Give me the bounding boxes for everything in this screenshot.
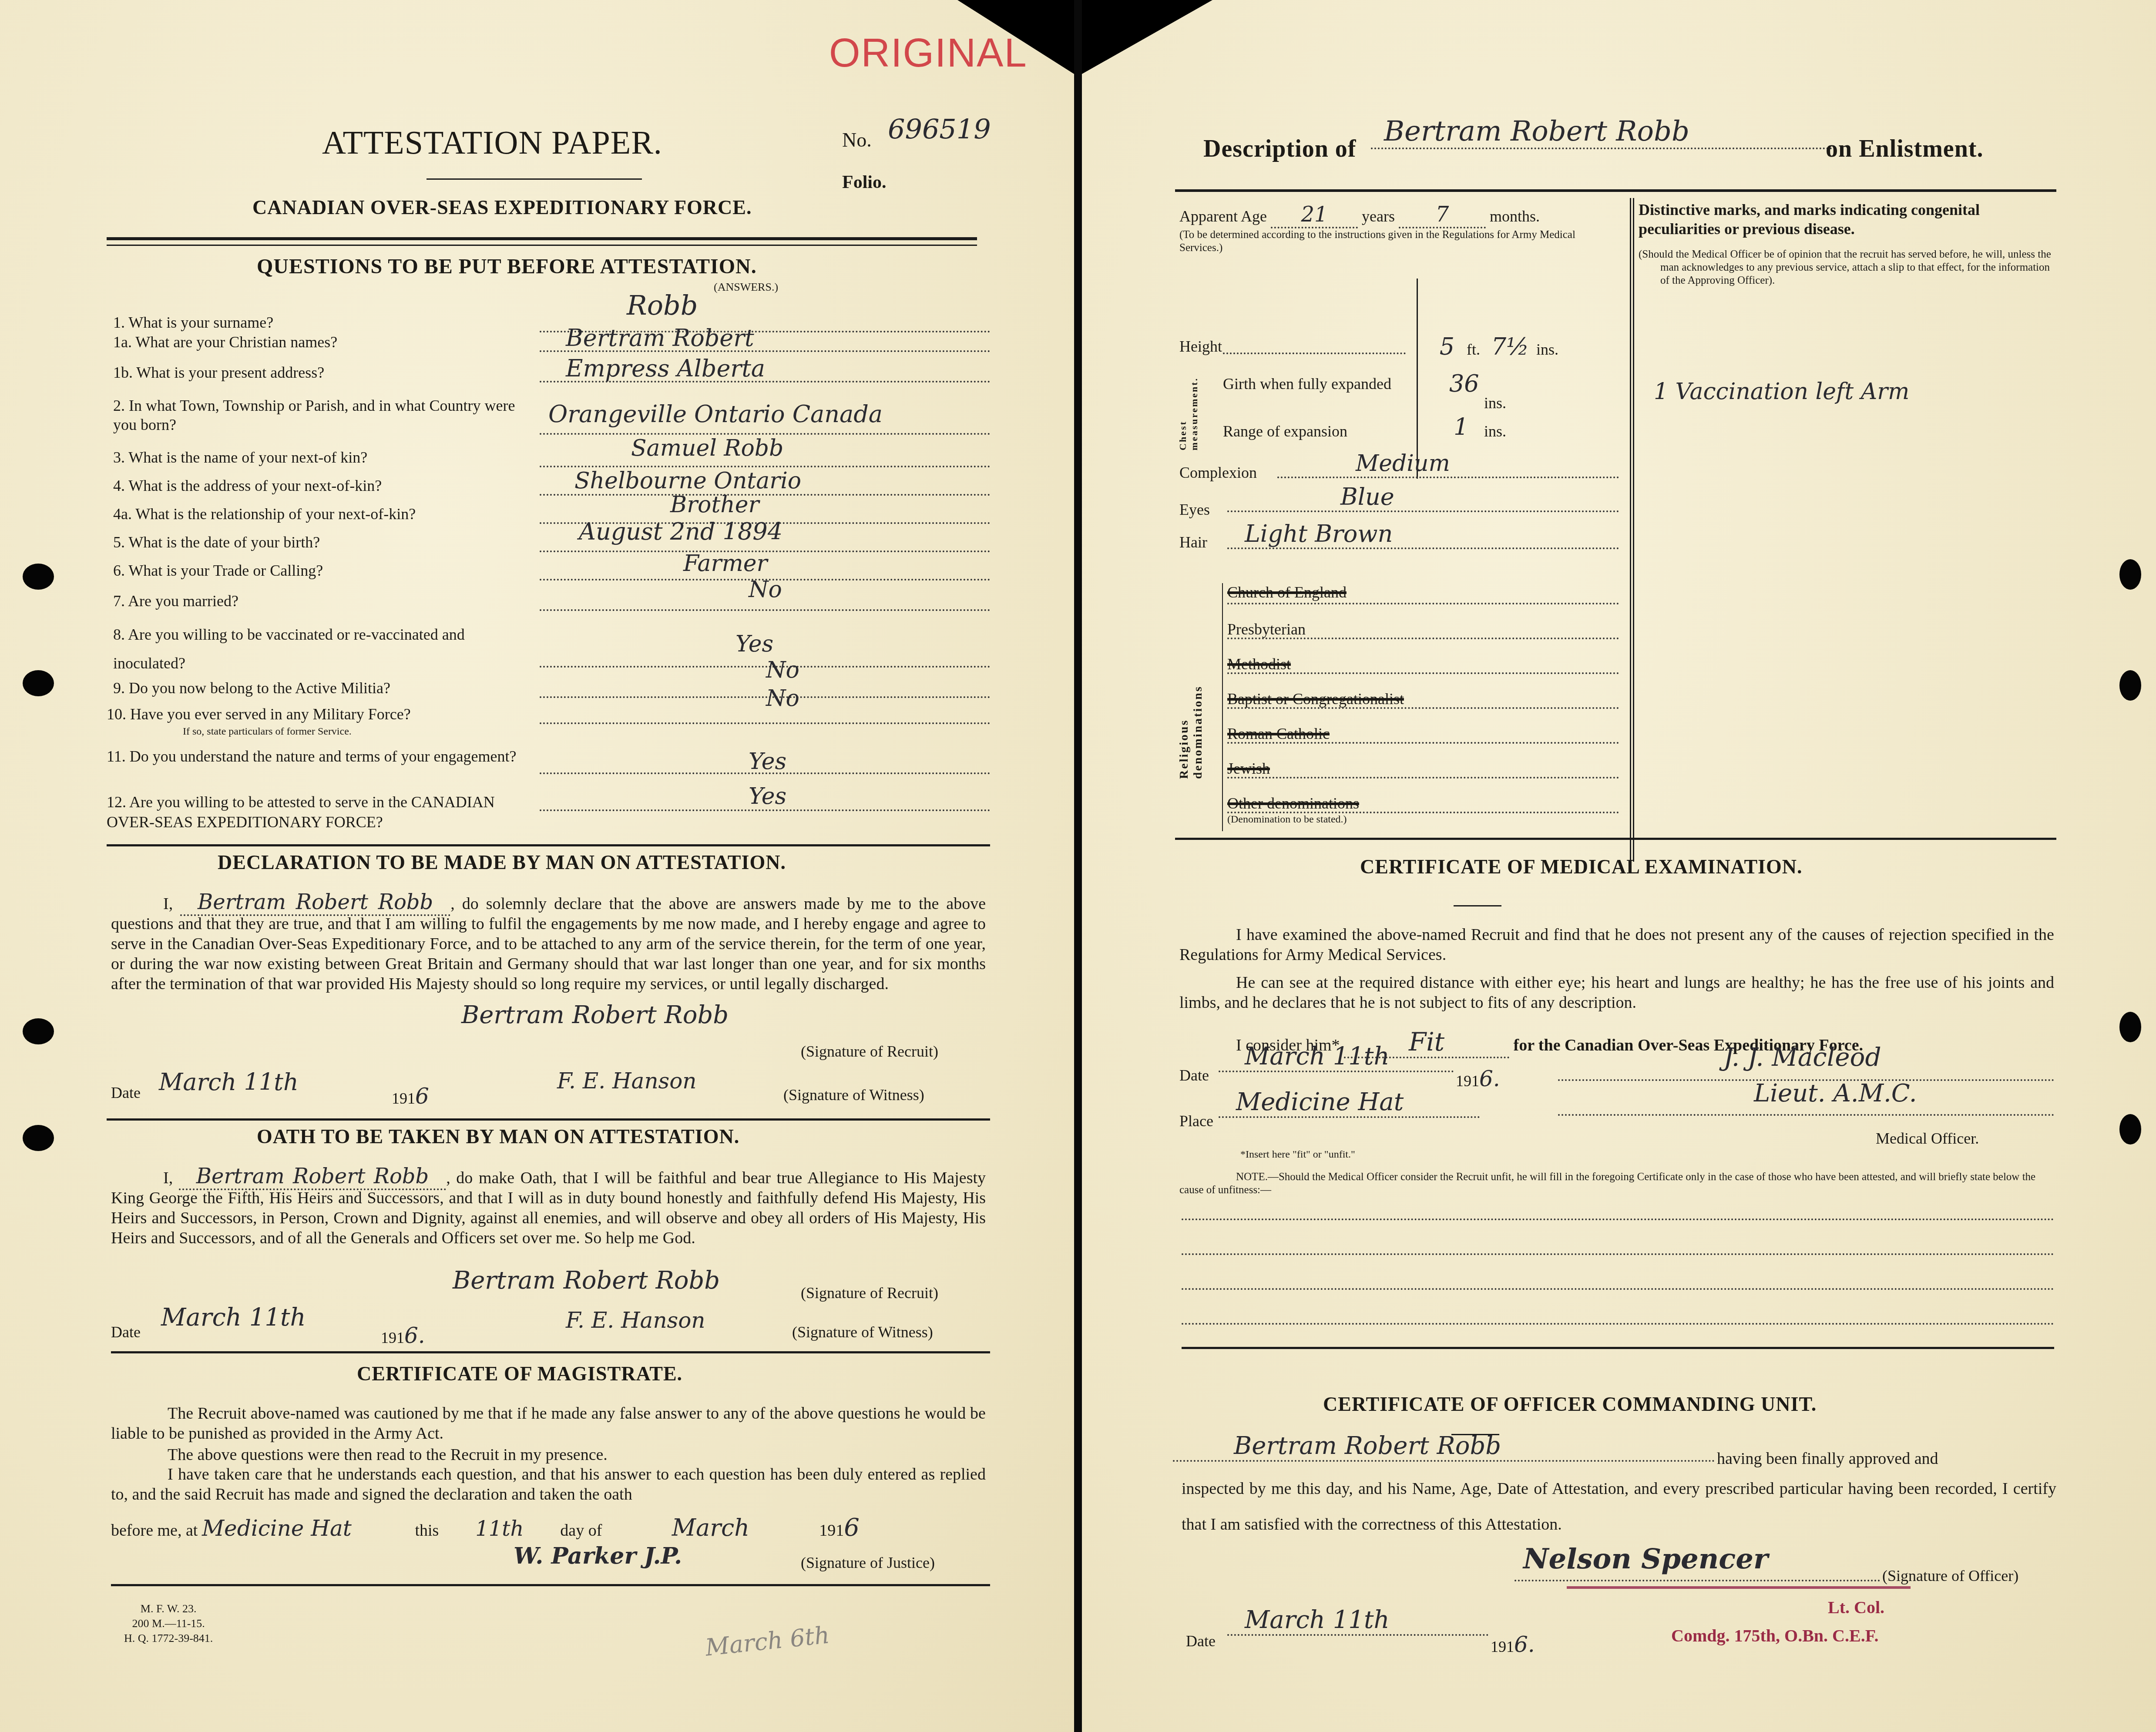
question-1b: 1b. What is your present address? [113, 363, 324, 382]
section-divider [111, 1351, 990, 1353]
ornament-rule [426, 178, 642, 180]
religion-roman-catholic[interactable]: Roman Catholic [1227, 725, 1330, 743]
answer-vaccinated[interactable]: Yes [735, 631, 773, 657]
range-ins-label: ins. [1484, 422, 1506, 440]
punch-hole-icon [23, 564, 54, 590]
force-subtitle: CANADIAN OVER-SEAS EXPEDITIONARY FORCE. [252, 196, 752, 219]
religion-other-note: (Denomination to be stated.) [1227, 814, 1347, 826]
medical-place[interactable]: Medicine Hat [1219, 1088, 1480, 1118]
answer-next-of-kin-name[interactable]: Samuel Robb [631, 435, 783, 461]
girth-label: Girth when fully expanded [1223, 374, 1406, 393]
height-label: Height [1179, 337, 1222, 356]
answer-relationship[interactable]: Brother [670, 492, 759, 518]
religion-line [1227, 603, 1619, 604]
punch-hole-icon [2119, 670, 2141, 701]
apparent-age-months[interactable]: 7 [1399, 202, 1486, 228]
answer-line [540, 381, 990, 383]
question-6: 6. What is your Trade or Calling? [113, 561, 323, 580]
religion-jewish[interactable]: Jewish [1227, 759, 1270, 778]
oath-year: 1916. [381, 1323, 425, 1348]
section-divider [1175, 838, 2056, 840]
answer-birth-date[interactable]: August 2nd 1894 [579, 518, 782, 545]
signature-line [1515, 1580, 1880, 1581]
unfitness-line-4[interactable] [1182, 1323, 2054, 1325]
witness-signature-label: (Signature of Witness) [783, 1086, 924, 1104]
column-divider-double [1633, 198, 1634, 862]
commanding-recruit-name[interactable]: Bertram Robert Robb [1173, 1432, 1715, 1462]
commanding-text-1: having been finally approved and [1717, 1449, 1938, 1468]
girth-ins-label: ins. [1484, 394, 1506, 412]
religion-line [1227, 707, 1619, 709]
oath-name[interactable]: Bertram Robert Robb [179, 1164, 447, 1190]
answer-surname[interactable]: Robb [627, 289, 698, 321]
unfitness-line-1[interactable] [1182, 1218, 2054, 1220]
religion-bracket [1222, 583, 1223, 831]
unfit-note: NOTE.—Should the Medical Officer conside… [1179, 1171, 2054, 1197]
magistrate-para-2: The above questions were then read to th… [111, 1445, 986, 1465]
question-10: 10. Have you ever served in any Military… [107, 705, 411, 723]
answer-military-force[interactable]: No [766, 685, 799, 712]
questions-heading: QUESTIONS TO BE PUT BEFORE ATTESTATION. [257, 255, 757, 279]
complexion-value[interactable]: Medium [1277, 450, 1619, 478]
place-label: Place [1179, 1112, 1213, 1130]
answer-active-militia[interactable]: No [766, 657, 799, 683]
magistrate-para-1: The Recruit above-named was cautioned by… [111, 1403, 986, 1443]
recruit-signature-oath[interactable]: Bertram Robert Robb [453, 1266, 720, 1295]
double-rule-bottom [107, 245, 977, 246]
religion-methodist[interactable]: Methodist [1227, 655, 1291, 673]
answer-line [540, 433, 990, 435]
answer-next-of-kin-address[interactable]: Shelbourne Ontario [574, 468, 801, 494]
punch-hole-icon [2119, 1012, 2141, 1042]
medical-heading: CERTIFICATE OF MEDICAL EXAMINATION. [1360, 855, 1803, 878]
answer-line [540, 696, 990, 698]
commanding-heading: CERTIFICATE OF OFFICER COMMANDING UNIT. [1323, 1393, 1817, 1416]
commanding-officer-label: (Signature of Officer) [1882, 1567, 2018, 1585]
answer-married[interactable]: No [749, 577, 782, 603]
oath-text: I, Bertram Robert Robb, do make Oath, th… [111, 1166, 986, 1248]
answer-line [540, 494, 990, 496]
question-10-note: If so, state particulars of former Servi… [183, 726, 352, 738]
stamp-rank: Lt. Col. [1828, 1597, 1884, 1618]
form-codes: M. F. W. 23. 200 M.—11-15. H. Q. 1772-39… [124, 1601, 213, 1646]
folio-label: Folio. [842, 172, 887, 193]
binding-spine [1074, 0, 1082, 1732]
commanding-date[interactable]: March 11th [1227, 1606, 1488, 1636]
magistrate-heading: CERTIFICATE OF MAGISTRATE. [357, 1362, 682, 1385]
question-12: 12. Are you willing to be attested to se… [107, 792, 507, 832]
answer-trade[interactable]: Farmer [683, 550, 767, 577]
answer-line [540, 772, 990, 774]
unfitness-line-3[interactable] [1182, 1288, 2054, 1290]
justice-signature[interactable]: W. Parker J.P. [514, 1543, 682, 1569]
medical-date-label: Date [1179, 1066, 1209, 1084]
answers-label: (ANSWERS.) [714, 281, 778, 294]
answer-christian-names[interactable]: Bertram Robert [566, 324, 754, 352]
section-divider [107, 844, 990, 846]
justice-signature-label: (Signature of Justice) [801, 1554, 935, 1572]
height-feet[interactable]: 5 [1427, 333, 1467, 360]
question-4a: 4a. What is the relationship of your nex… [113, 505, 416, 523]
recruit-signature-declaration[interactable]: Bertram Robert Robb [461, 1001, 729, 1029]
apparent-age-line: Apparent Age 21 years 7 months. [1179, 202, 1540, 228]
religion-line [1227, 812, 1619, 813]
punch-hole-icon [2119, 559, 2141, 590]
answer-present-address[interactable]: Empress Alberta [566, 355, 765, 382]
question-8: 8. Are you willing to be vaccinated or r… [113, 620, 527, 678]
commanding-date-label: Date [1186, 1632, 1216, 1650]
answer-birthplace[interactable]: Orangeville Ontario Canada [548, 400, 883, 428]
range-label: Range of expansion [1223, 422, 1347, 440]
height-values: 5ft. 7½ins. [1427, 333, 1558, 360]
commanding-year: 1916. [1491, 1632, 1535, 1657]
recruit-signature-label: (Signature of Recruit) [801, 1042, 938, 1061]
date-label: Date [111, 1323, 141, 1341]
section-divider [107, 1118, 990, 1121]
religion-line [1227, 672, 1619, 674]
section-divider [111, 1584, 990, 1586]
punch-hole-icon [23, 1125, 54, 1151]
punch-hole-icon [2119, 1114, 2141, 1145]
apparent-age-years[interactable]: 21 [1271, 202, 1358, 228]
torn-corner-right [1082, 0, 1212, 74]
answer-line [540, 466, 990, 467]
regimental-number: 696519 [888, 113, 991, 145]
question-4: 4. What is the address of your next-of-k… [113, 477, 382, 495]
declaration-date[interactable]: March 11th [159, 1068, 299, 1096]
magistrate-day[interactable]: 11th [443, 1517, 556, 1541]
question-1: 1. What is your surname? [113, 313, 273, 332]
religion-label: Religious denominations [1177, 648, 1205, 779]
original-stamp: ORIGINAL [829, 30, 1028, 76]
eyes-value[interactable]: Blue [1227, 483, 1619, 512]
stamp-unit: Comdg. 175th, O.Bn. C.E.F. [1671, 1625, 1878, 1646]
punch-hole-icon [23, 670, 54, 696]
question-1a: 1a. What are your Christian names? [113, 333, 337, 351]
description-prefix: Description of [1203, 135, 1357, 163]
declaration-year: 1916 [392, 1084, 429, 1109]
religion-line [1227, 638, 1619, 639]
distinctive-marks-value[interactable]: 1 Vaccination left Arm [1654, 379, 1909, 405]
magistrate-before-line: before me, at Medicine Hat this 11th day… [111, 1514, 860, 1542]
oath-heading: OATH TO BE TAKEN BY MAN ON ATTESTATION. [257, 1125, 739, 1148]
religion-line [1227, 777, 1619, 779]
question-2: 2. In what Town, Township or Parish, and… [113, 396, 527, 434]
height-line [1223, 352, 1406, 354]
answer-line [540, 809, 990, 811]
question-3: 3. What is the name of your next-of kin? [113, 448, 367, 467]
commanding-officer-signature[interactable]: Nelson Spencer [1523, 1543, 1768, 1575]
medical-officer-label: Medical Officer. [1876, 1129, 1979, 1148]
unfitness-line-2[interactable] [1182, 1253, 2054, 1255]
number-label: No. [842, 128, 872, 151]
column-divider [1630, 198, 1631, 862]
apparent-age-note: (To be determined according to the instr… [1179, 228, 1619, 255]
medical-officer-signature[interactable]: J. J. Macleod [1723, 1042, 1881, 1072]
question-5: 5. What is the date of your birth? [113, 533, 320, 551]
question-9: 9. Do you now belong to the Active Milit… [113, 679, 390, 697]
ornament-rule [1454, 905, 1501, 906]
section-divider [1182, 1347, 2054, 1349]
religion-presbyterian[interactable]: Presbyterian [1227, 620, 1306, 638]
distinctive-marks-note: (Should the Medical Officer be of opinio… [1639, 248, 2052, 287]
signature-line [1558, 1114, 2054, 1116]
question-7: 7. Are you married? [113, 592, 238, 610]
fit-footnote: *Insert here "fit" or "unfit." [1240, 1149, 1355, 1161]
answer-line [540, 609, 990, 611]
oath-date[interactable]: March 11th [161, 1303, 306, 1332]
religion-church-of-england[interactable]: Church of England [1227, 583, 1347, 601]
religion-baptist[interactable]: Baptist or Congregationalist [1227, 690, 1404, 708]
witness-signature-declaration[interactable]: F. E. Hanson [557, 1068, 697, 1094]
date-label: Date [111, 1084, 141, 1102]
magistrate-place[interactable]: Medicine Hat [202, 1516, 411, 1541]
punch-hole-icon [23, 1018, 54, 1044]
declaration-heading: DECLARATION TO BE MADE BY MAN ON ATTESTA… [218, 851, 786, 874]
complexion-label: Complexion [1179, 463, 1257, 482]
medical-officer-rank: Lieut. A.M.C. [1754, 1079, 1917, 1108]
declaration-text: I, Bertram Robert Robb, do solemnly decl… [111, 892, 986, 994]
measurement-divider [1417, 279, 1418, 479]
question-11: 11. Do you understand the nature and ter… [107, 746, 527, 766]
magistrate-month[interactable]: March [606, 1514, 815, 1541]
commanding-text-2: inspected by me this day, and his Name, … [1182, 1471, 2056, 1542]
chest-measurement-label: Chest measurement. [1177, 372, 1200, 450]
recruit-signature-label: (Signature of Recruit) [801, 1284, 938, 1302]
answer-willing-attested[interactable]: Yes [749, 783, 786, 809]
medical-date[interactable]: March 11th [1219, 1042, 1454, 1072]
stamp-underline [1567, 1586, 1911, 1589]
religion-line [1227, 742, 1619, 744]
answer-line [540, 666, 990, 668]
range-value[interactable]: 1 [1454, 413, 1468, 441]
distinctive-marks-heading: Distinctive marks, and marks indicating … [1639, 200, 2052, 238]
eyes-label: Eyes [1179, 500, 1210, 519]
description-rule [1175, 189, 2056, 192]
answer-line [540, 722, 990, 724]
magistrate-para-3: I have taken care that he understands ea… [111, 1464, 986, 1504]
girth-value[interactable]: 36 [1449, 370, 1479, 397]
hair-label: Hair [1179, 533, 1207, 551]
witness-signature-label: (Signature of Witness) [792, 1323, 933, 1341]
hair-value[interactable]: Light Brown [1227, 520, 1619, 549]
description-suffix: on Enlistment. [1826, 135, 1984, 163]
double-rule-top [107, 237, 977, 240]
height-inches[interactable]: 7½ [1484, 333, 1536, 360]
answer-understand-terms[interactable]: Yes [749, 749, 786, 775]
page-title: ATTESTATION PAPER. [322, 124, 662, 162]
answer-line [540, 350, 990, 352]
religion-other[interactable]: Other denominations [1227, 794, 1359, 812]
declarant-name[interactable]: Bertram Robert Robb [180, 890, 450, 916]
medical-para-1: I have examined the above-named Recruit … [1179, 925, 2054, 965]
description-name[interactable]: Bertram Robert Robb [1371, 115, 1832, 149]
medical-para-2: He can see at the required distance with… [1179, 973, 2054, 1013]
witness-signature-oath[interactable]: F. E. Hanson [566, 1308, 705, 1333]
